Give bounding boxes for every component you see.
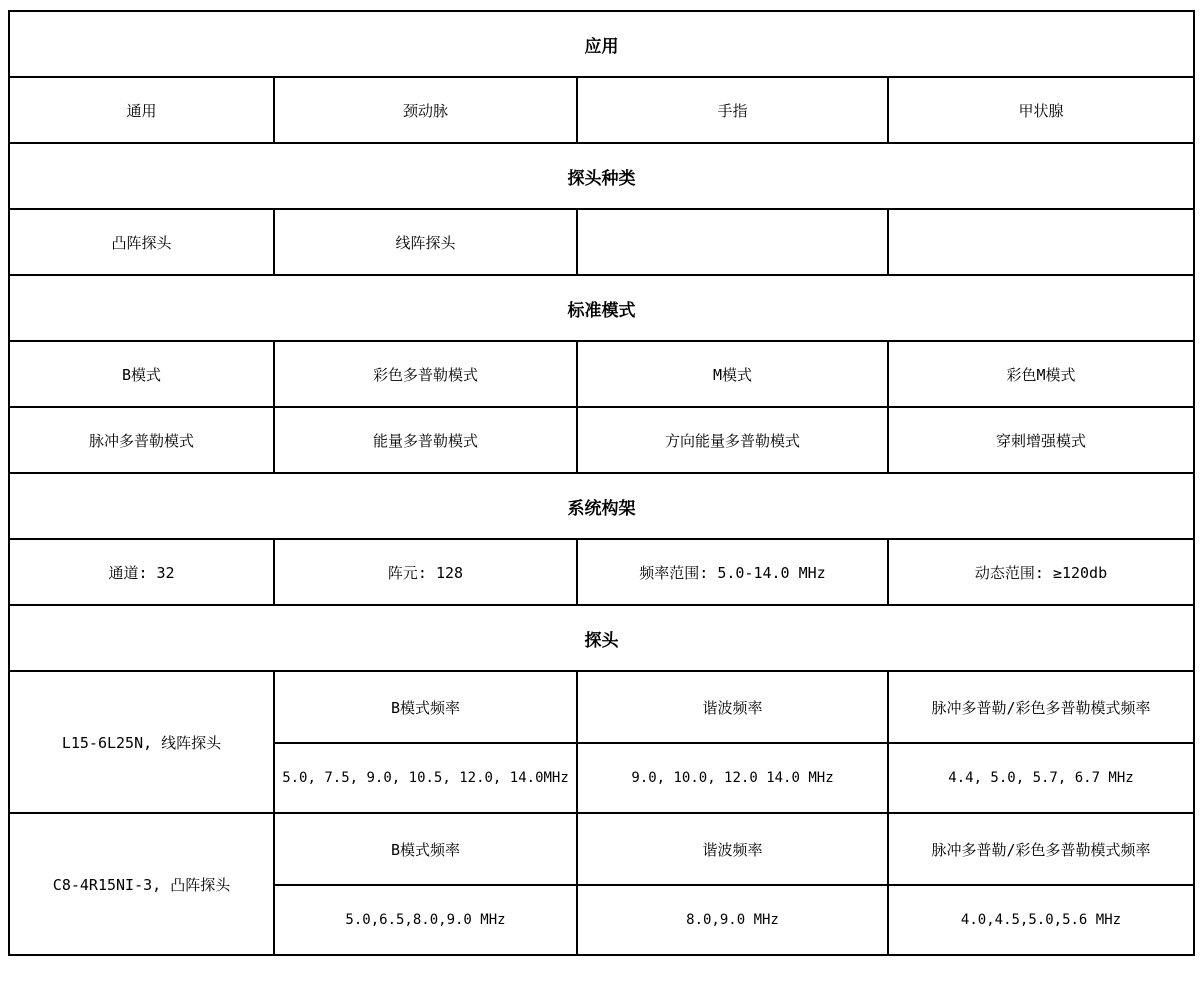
probe-freq-values-cell: 5.0,6.5,8.0,9.0 MHz <box>274 885 577 955</box>
section-header-system-architecture: 系统构架 <box>9 473 1194 539</box>
section-header-standard-modes: 标准模式 <box>9 275 1194 341</box>
standard-modes-row-2: 脉冲多普勒模式 能量多普勒模式 方向能量多普勒模式 穿刺增强模式 <box>9 407 1194 473</box>
probe-name-cell: C8-4R15NI-3, 凸阵探头 <box>9 813 274 955</box>
probe-type-cell-empty <box>577 209 888 275</box>
application-cell: 手指 <box>577 77 888 143</box>
section-header-applications: 应用 <box>9 11 1194 77</box>
probe-types-row: 凸阵探头 线阵探头 <box>9 209 1194 275</box>
standard-mode-cell: 方向能量多普勒模式 <box>577 407 888 473</box>
probe-freq-header-cell: 谐波频率 <box>577 671 888 743</box>
section-row-probe-types: 探头种类 <box>9 143 1194 209</box>
probe-freq-header-cell: 脉冲多普勒/彩色多普勒模式频率 <box>888 813 1194 885</box>
application-cell: 甲状腺 <box>888 77 1194 143</box>
probe-name-cell: L15-6L25N, 线阵探头 <box>9 671 274 813</box>
system-spec-elements-cell: 阵元: 128 <box>274 539 577 605</box>
section-row-probes: 探头 <box>9 605 1194 671</box>
standard-mode-cell: 穿刺增强模式 <box>888 407 1194 473</box>
probe-type-cell: 线阵探头 <box>274 209 577 275</box>
section-header-probe-types: 探头种类 <box>9 143 1194 209</box>
probe-freq-header-cell: 谐波频率 <box>577 813 888 885</box>
section-row-standard-modes: 标准模式 <box>9 275 1194 341</box>
probe-freq-values-cell: 9.0, 10.0, 12.0 14.0 MHz <box>577 743 888 813</box>
standard-mode-cell: 能量多普勒模式 <box>274 407 577 473</box>
system-spec-dynamic-range-cell: 动态范围: ≥120db <box>888 539 1194 605</box>
probe-type-cell-empty <box>888 209 1194 275</box>
application-cell: 通用 <box>9 77 274 143</box>
standard-modes-row-1: B模式 彩色多普勒模式 M模式 彩色M模式 <box>9 341 1194 407</box>
applications-row: 通用 颈动脉 手指 甲状腺 <box>9 77 1194 143</box>
probe-freq-values-cell: 5.0, 7.5, 9.0, 10.5, 12.0, 14.0MHz <box>274 743 577 813</box>
system-spec-frequency-range-cell: 频率范围: 5.0-14.0 MHz <box>577 539 888 605</box>
probe-freq-values-cell: 8.0,9.0 MHz <box>577 885 888 955</box>
system-architecture-row: 通道: 32 阵元: 128 频率范围: 5.0-14.0 MHz 动态范围: … <box>9 539 1194 605</box>
section-row-system-architecture: 系统构架 <box>9 473 1194 539</box>
probe-c8-header-row: C8-4R15NI-3, 凸阵探头 B模式频率 谐波频率 脉冲多普勒/彩色多普勒… <box>9 813 1194 885</box>
spec-table: 应用 通用 颈动脉 手指 甲状腺 探头种类 凸阵探头 线阵探头 标准模式 B模式… <box>8 10 1195 956</box>
probe-freq-header-cell: B模式频率 <box>274 671 577 743</box>
probe-l15-header-row: L15-6L25N, 线阵探头 B模式频率 谐波频率 脉冲多普勒/彩色多普勒模式… <box>9 671 1194 743</box>
probe-freq-values-cell: 4.4, 5.0, 5.7, 6.7 MHz <box>888 743 1194 813</box>
standard-mode-cell: 彩色M模式 <box>888 341 1194 407</box>
standard-mode-cell: M模式 <box>577 341 888 407</box>
section-row-applications: 应用 <box>9 11 1194 77</box>
standard-mode-cell: 彩色多普勒模式 <box>274 341 577 407</box>
standard-mode-cell: B模式 <box>9 341 274 407</box>
probe-freq-header-cell: 脉冲多普勒/彩色多普勒模式频率 <box>888 671 1194 743</box>
standard-mode-cell: 脉冲多普勒模式 <box>9 407 274 473</box>
probe-freq-values-cell: 4.0,4.5,5.0,5.6 MHz <box>888 885 1194 955</box>
application-cell: 颈动脉 <box>274 77 577 143</box>
system-spec-channels-cell: 通道: 32 <box>9 539 274 605</box>
probe-freq-header-cell: B模式频率 <box>274 813 577 885</box>
probe-type-cell: 凸阵探头 <box>9 209 274 275</box>
section-header-probes: 探头 <box>9 605 1194 671</box>
